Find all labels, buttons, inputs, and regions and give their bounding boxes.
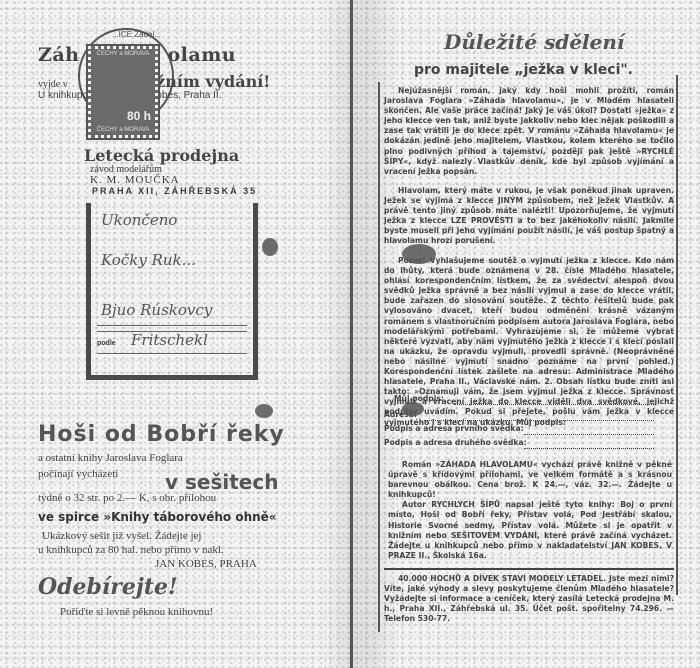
stamp-value: 80 h — [127, 109, 151, 123]
left-rule — [378, 82, 380, 632]
notice-subtitle: pro majitele „ježka v kleci". — [414, 62, 633, 78]
book-notice: Román »ZÁHADA HLAVOLAMU« vychází právě k… — [388, 460, 672, 561]
headline-right: olamu — [168, 44, 237, 66]
ad-series: ve spirce »Knihy táborového ohně« — [38, 510, 277, 524]
ad-line: týdně o 32 str. po 2.— K, s obr. příloho… — [38, 492, 216, 504]
ad-title: Hoši od Bobří řeky — [38, 422, 285, 447]
footer-notice-text: 40.000 HOCHŮ A DÍVEK STAVÍ MODELY LETADE… — [384, 574, 674, 624]
book-notice-text: Autor RYCHLÝCH ŠÍPŮ napsal ještě tyto kn… — [388, 500, 672, 561]
postmark-text: ...ICE Zadel... — [112, 30, 161, 39]
headline-left: Záh — [38, 44, 80, 66]
ink-blot — [402, 402, 424, 416]
handwritten-line: Kočky Ruk... — [101, 251, 196, 269]
ink-blot — [262, 238, 278, 256]
stamp-top-label: ČECHY a MORAVA — [91, 51, 155, 57]
form-field-label: Podpis a adresa prvního svědka: — [384, 424, 524, 433]
ad-line: počínají vycházeti — [38, 468, 118, 480]
ad-publisher: JAN KOBES, PRAHA — [155, 558, 257, 570]
right-page: Důležité sdělení pro majitele „ježka v k… — [354, 0, 700, 668]
ad-slogan: Pořiďte si levně pěknou knihovnu! — [60, 606, 213, 618]
paragraph-text: Nejúžasnější román, jaký kdy hoši mohli … — [384, 86, 674, 177]
notice-title: Důležité sdělení — [444, 30, 625, 54]
subheadline-large: ržním vydání! — [148, 72, 271, 91]
ad-highlight: v sešitech — [165, 470, 278, 494]
form-field-line[interactable] — [524, 434, 654, 435]
left-page: ...ICE Zadel... Záholamu vyjde vržním vy… — [0, 0, 350, 668]
shop-title: Letecká prodejna — [84, 146, 239, 165]
ad-line: Ukázkový sešit již vyšel. Žádejte jej — [42, 530, 201, 542]
notice-paragraph: Hlavolam, který máte v rukou, je však po… — [384, 186, 674, 247]
ink-blot — [255, 404, 273, 418]
handwritten-line: Bjuo Rúskovcy — [101, 301, 212, 319]
form-field-label: Můj podpis: — [394, 394, 444, 403]
form-rule — [97, 353, 247, 354]
handwritten-form: Ukončeno Kočky Ruk... Bjuo Rúskovcy podl… — [86, 203, 258, 380]
handwritten-line: Ukončeno — [101, 211, 177, 229]
form-label: podle — [97, 340, 116, 347]
form-field-line[interactable] — [454, 404, 654, 405]
form-field-line[interactable] — [424, 420, 654, 421]
postage-stamp-icon: ČECHY a MORAVA 80 h ČECHY a MORAVA — [88, 46, 158, 138]
notice-paragraph: Nejúžasnější román, jaký kdy hoši mohli … — [384, 86, 674, 177]
divider — [384, 568, 674, 570]
handwritten-signature: Fritschekl — [131, 331, 208, 349]
ad-line: u knihkupců za 80 hal. nebo přímo v nakl… — [38, 544, 224, 556]
book-notice-text: Román »ZÁHADA HLAVOLAMU« vychází právě k… — [388, 460, 672, 500]
form-field-line[interactable] — [524, 448, 654, 449]
footer-notice: 40.000 HOCHŮ A DÍVEK STAVÍ MODELY LETADE… — [384, 574, 674, 624]
ad-call-to-action: Odebírejte! — [38, 574, 178, 600]
form-field-label: Podpis a adresa druhého svědka: — [384, 438, 527, 447]
ink-blot — [402, 244, 436, 264]
subheadline-small: vyjde v — [38, 79, 68, 90]
right-rule — [676, 75, 678, 595]
page-fold — [350, 0, 353, 668]
shop-address: PRAHA XII, ZÁHŘEBSKÁ 35 — [92, 186, 257, 196]
paragraph-text: Hlavolam, který máte v rukou, je však po… — [384, 186, 674, 247]
ad-line: a ostatní knihy Jaroslava Foglara — [38, 452, 183, 464]
form-rule — [97, 325, 247, 326]
shop-name: K. M. MOUČKA — [90, 174, 180, 186]
stamp-bottom-label: ČECHY a MORAVA — [91, 127, 155, 133]
